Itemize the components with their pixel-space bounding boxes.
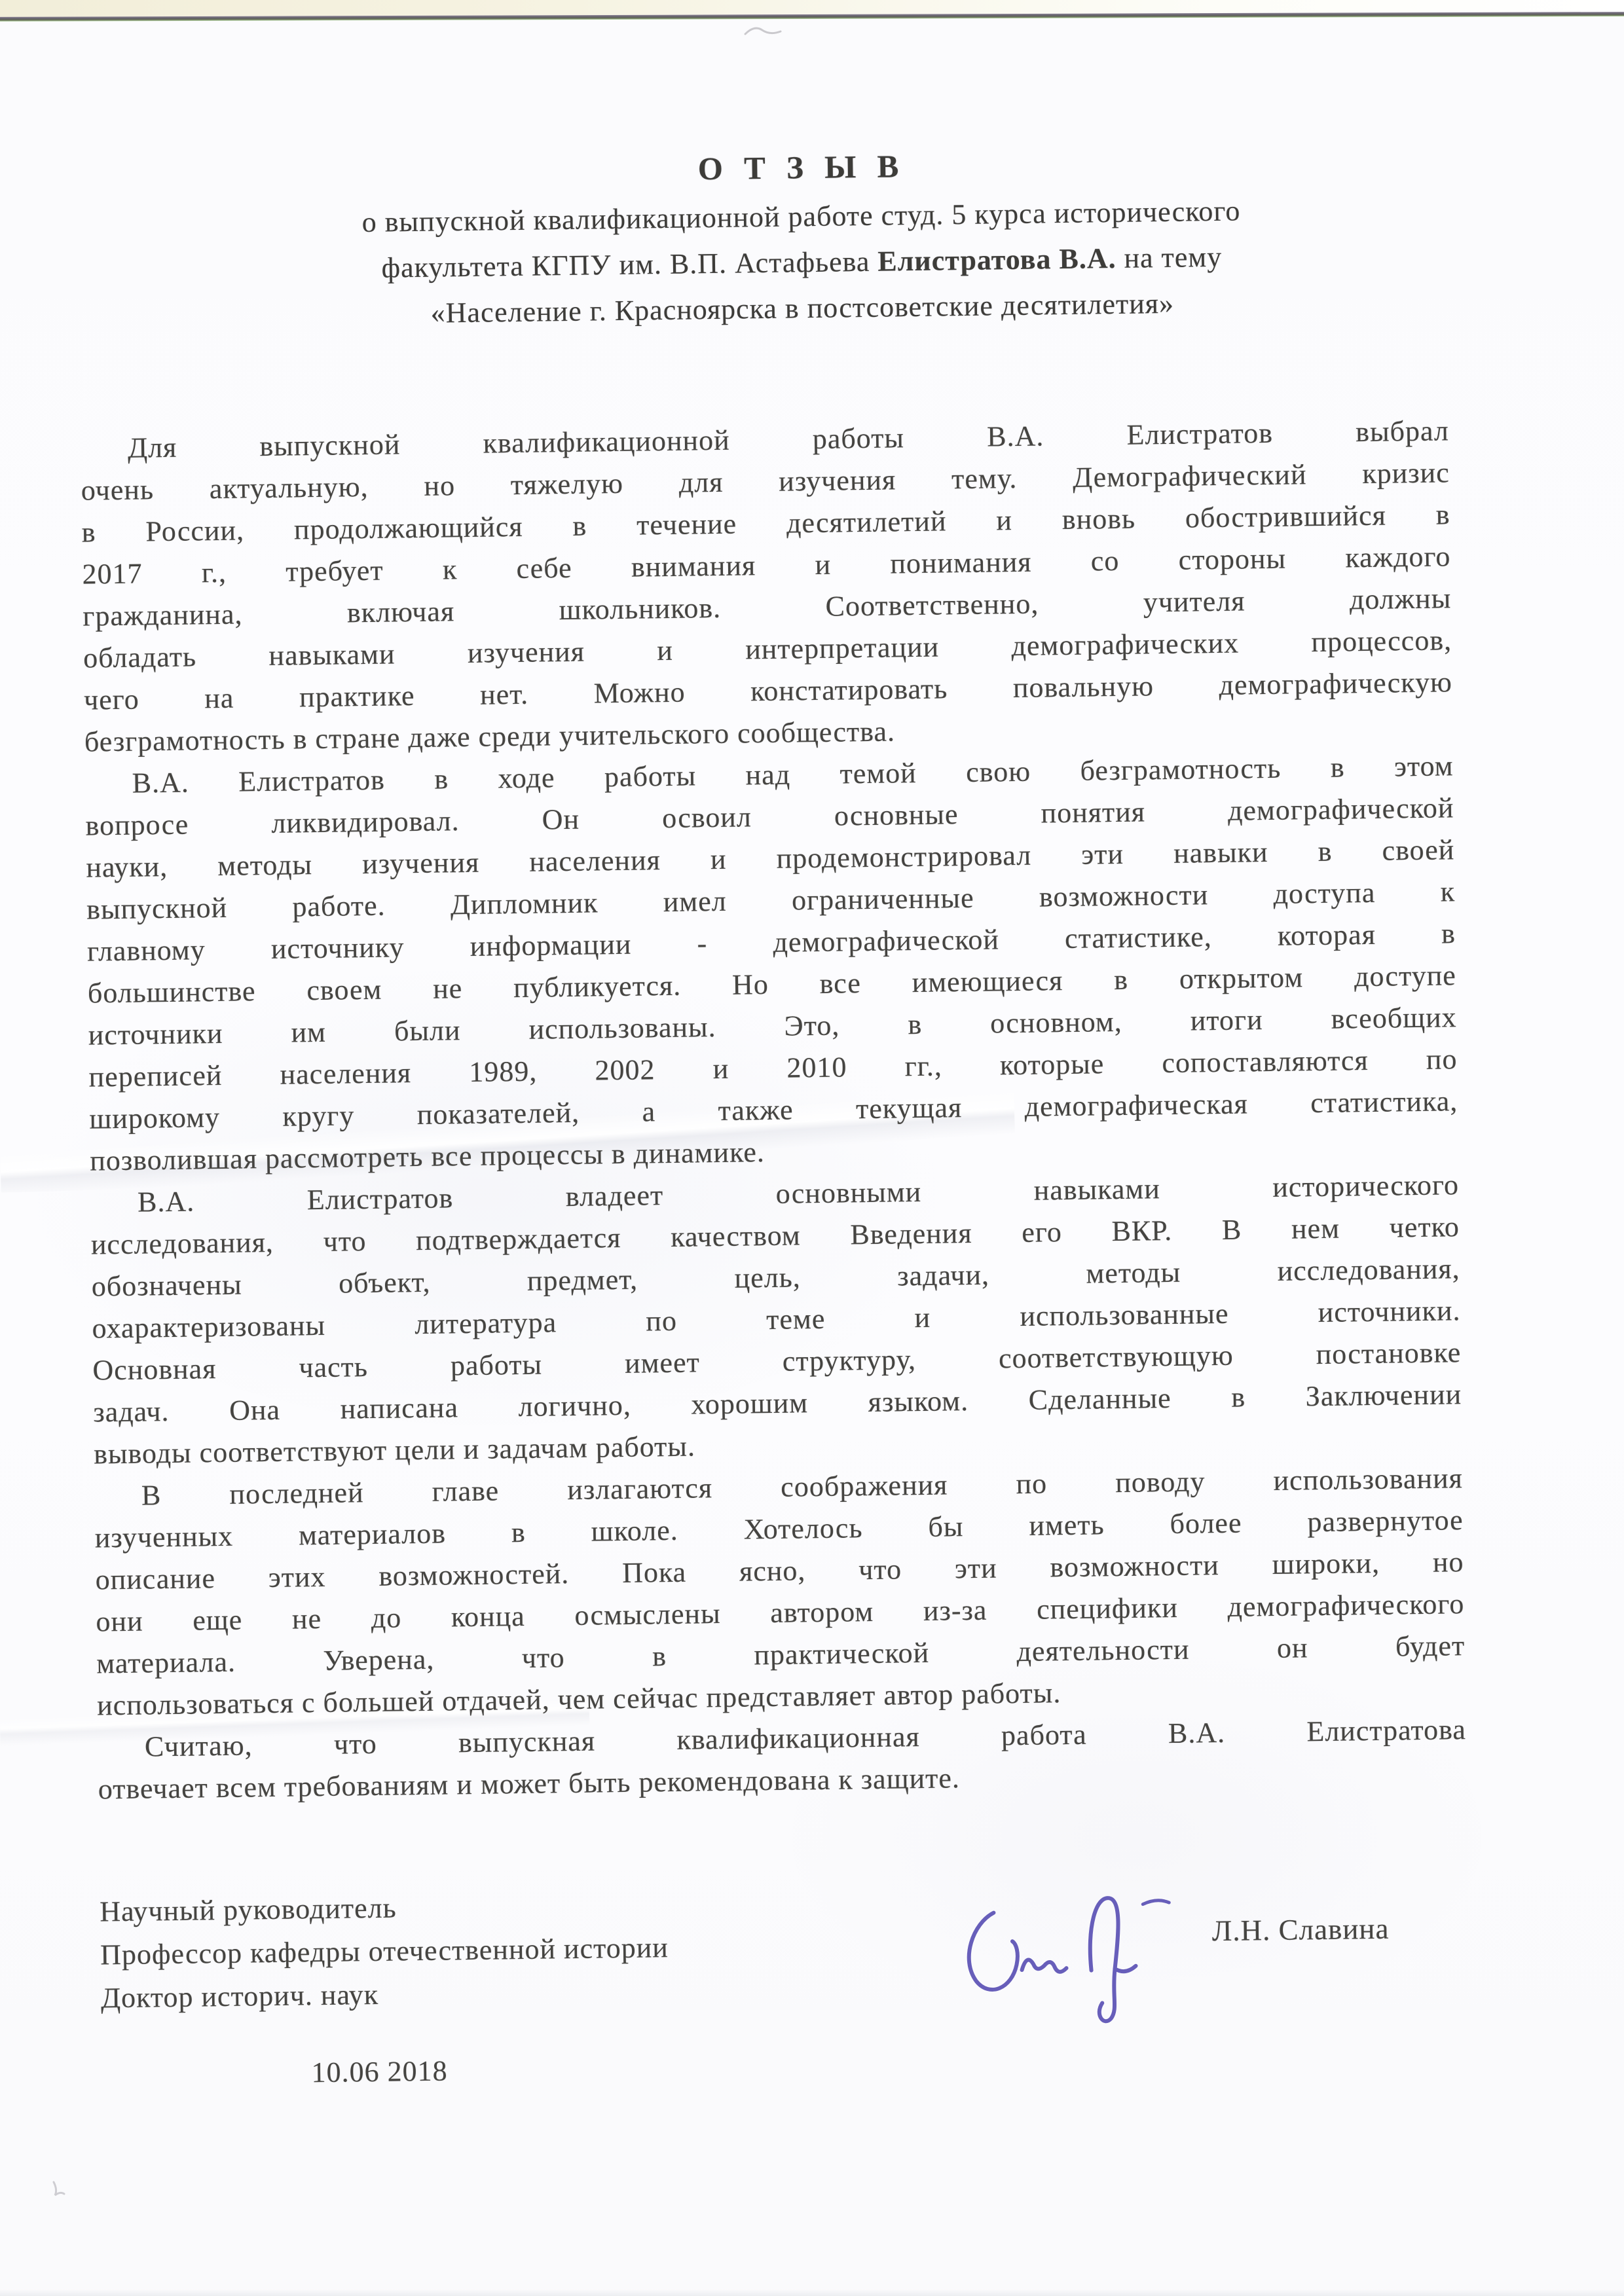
handwritten-signature-ink (948, 1870, 1198, 2043)
header-line-2-pre: факультета КГПУ им. В.П. Астафьева (381, 246, 877, 284)
document-content: О Т З Ы В о выпускной квалификационной р… (0, 0, 1624, 2296)
scanner-bottom-edge (0, 2289, 1624, 2296)
signature-block: Научный руководитель Профессор кафедры о… (100, 1872, 1471, 2097)
review-body: Для выпускной квалификационной работы В.… (81, 410, 1467, 1810)
student-name: Елистратова В.А. (877, 242, 1116, 278)
scanned-review-page: О Т З Ы В о выпускной квалификационной р… (0, 0, 1624, 2296)
review-date: 10.06 2018 (101, 2036, 1471, 2097)
supervisor-name: Л.Н. Славина (1211, 1912, 1389, 1948)
document-header: О Т З Ы В о выпускной квалификационной р… (0, 0, 1615, 342)
header-line-2-post: на тему (1116, 241, 1222, 274)
